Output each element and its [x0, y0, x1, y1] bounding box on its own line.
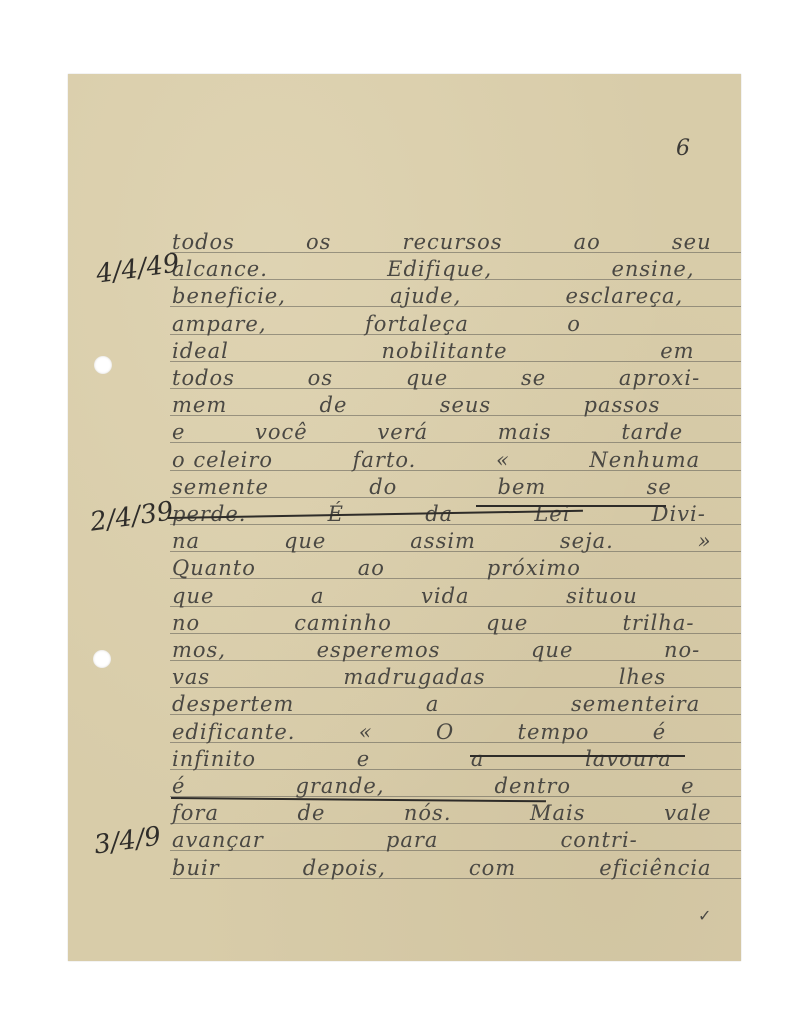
- text-line: memdeseuspassos: [172, 393, 660, 417]
- word: o: [567, 312, 581, 336]
- word: com: [469, 856, 516, 880]
- word: lavoura: [585, 747, 672, 771]
- word: beneficie,: [172, 284, 286, 308]
- word: Quanto: [172, 556, 256, 580]
- margin-date: 4/4/49: [94, 248, 181, 289]
- text-line: todososrecursosaoseu: [172, 230, 712, 254]
- text-line: o celeirofarto.«Nenhuma: [172, 448, 700, 472]
- word: »: [698, 529, 712, 553]
- word: perde.: [172, 502, 246, 526]
- word: tempo: [518, 720, 590, 744]
- word: os: [306, 230, 331, 254]
- word: tarde: [621, 420, 683, 444]
- page-number: 6: [676, 136, 690, 161]
- word: de: [298, 801, 326, 825]
- word: nobilitante: [381, 339, 507, 363]
- word: infinito: [172, 747, 256, 771]
- check-mark-icon: ✓: [698, 906, 711, 925]
- text-line: ampare,fortaleçao: [172, 312, 581, 336]
- manuscript-page: 6 todososrecursosaoseualcance.Edifique,e…: [68, 74, 741, 961]
- word: todos: [172, 230, 235, 254]
- word: situou: [566, 584, 638, 608]
- text-line: despertemasementeira: [172, 692, 700, 716]
- word: esclareça,: [566, 284, 684, 308]
- word: recursos: [403, 230, 503, 254]
- word: vida: [421, 584, 470, 608]
- text-line: nocaminhoquetrilha-: [172, 611, 695, 635]
- word: buir: [172, 856, 220, 880]
- word: do: [369, 475, 397, 499]
- text-line: vasmadrugadaslhes: [172, 665, 666, 689]
- word: a: [311, 584, 325, 608]
- word: todos: [172, 366, 235, 390]
- word: contri-: [561, 828, 638, 852]
- text-line: buirdepois,comeficiência: [172, 856, 712, 880]
- word: O: [436, 720, 454, 744]
- word: fora: [172, 801, 219, 825]
- word: é: [172, 774, 185, 798]
- word: bem: [498, 475, 547, 499]
- text-line: edificante.«Otempoé: [172, 720, 666, 744]
- word: a: [426, 692, 440, 716]
- word: nós.: [404, 801, 452, 825]
- word: «: [359, 720, 373, 744]
- word: ao: [574, 230, 601, 254]
- word: de: [320, 393, 348, 417]
- word: Nenhuma: [589, 448, 700, 472]
- text-line: foradenós.Maisvale: [172, 801, 712, 825]
- word: vale: [664, 801, 712, 825]
- word: edificante.: [172, 720, 295, 744]
- text-line: alcance.Edifique,ensine,: [172, 257, 695, 281]
- word: você: [255, 420, 308, 444]
- word: seja.: [560, 529, 614, 553]
- word: que: [172, 584, 214, 608]
- word: no-: [664, 638, 700, 662]
- word: caminho: [294, 611, 392, 635]
- word: que: [284, 529, 326, 553]
- word: ideal: [172, 339, 229, 363]
- word: esperemos: [317, 638, 441, 662]
- word: despertem: [172, 692, 294, 716]
- word: Edifique,: [387, 257, 492, 281]
- word: mais: [498, 420, 552, 444]
- text-line: avançarparacontri-: [172, 828, 638, 852]
- word: trilha-: [622, 611, 694, 635]
- word: ao: [358, 556, 385, 580]
- word: «: [496, 448, 510, 472]
- word: Mais: [530, 801, 586, 825]
- word: assim: [410, 529, 476, 553]
- word: depois,: [303, 856, 386, 880]
- word: lhes: [619, 665, 666, 689]
- underline-stroke: [470, 755, 685, 757]
- word: seus: [440, 393, 492, 417]
- text-line: infinitoealavoura: [172, 747, 672, 771]
- word: semente: [172, 475, 269, 499]
- word: e: [172, 420, 185, 444]
- text-line: todososqueseaproxi-: [172, 366, 700, 390]
- word: passos: [584, 393, 661, 417]
- text-line: sementedobemse: [172, 475, 672, 499]
- word: o celeiro: [172, 448, 273, 472]
- word: ajude,: [390, 284, 461, 308]
- word: se: [521, 366, 546, 390]
- word: é: [653, 720, 666, 744]
- underline-stroke: [476, 505, 666, 507]
- word: no: [172, 611, 200, 635]
- text-line: Quantoaopróximo: [172, 556, 581, 580]
- text-line: queavidasituou: [172, 584, 638, 608]
- word: próximo: [487, 556, 581, 580]
- word: e: [681, 774, 694, 798]
- punch-hole-top: [94, 356, 112, 374]
- word: eficiência: [599, 856, 711, 880]
- text-line: beneficie,ajude,esclareça,: [172, 284, 683, 308]
- word: farto.: [353, 448, 417, 472]
- text-line: égrande,dentroe: [172, 774, 695, 798]
- word: se: [647, 475, 672, 499]
- word: aproxi-: [619, 366, 700, 390]
- word: na: [172, 529, 200, 553]
- word: que: [406, 366, 448, 390]
- word: os: [308, 366, 333, 390]
- word: ensine,: [611, 257, 694, 281]
- word: vas: [172, 665, 210, 689]
- word: para: [386, 828, 439, 852]
- text-line: mos,esperemosqueno-: [172, 638, 700, 662]
- word: mos,: [172, 638, 226, 662]
- word: seu: [672, 230, 712, 254]
- word: e: [357, 747, 370, 771]
- word: dentro: [495, 774, 572, 798]
- word: grande,: [295, 774, 384, 798]
- margin-date: 3/4/9: [92, 821, 163, 860]
- word: que: [486, 611, 528, 635]
- margin-date: 2/4/39: [88, 496, 175, 537]
- word: madrugadas: [343, 665, 485, 689]
- text-line: idealnobilitanteem: [172, 339, 695, 363]
- word: a: [471, 747, 485, 771]
- word: sementeira: [571, 692, 700, 716]
- word: verá: [377, 420, 428, 444]
- word: que: [531, 638, 573, 662]
- text-line: naqueassimseja.»: [172, 529, 712, 553]
- word: alcance.: [172, 257, 268, 281]
- word: ampare,: [172, 312, 267, 336]
- text-line: evocêverámaistarde: [172, 420, 683, 444]
- word: avançar: [172, 828, 264, 852]
- punch-hole-bottom: [93, 650, 111, 668]
- word: mem: [172, 393, 227, 417]
- word: em: [660, 339, 694, 363]
- word: fortaleça: [365, 312, 469, 336]
